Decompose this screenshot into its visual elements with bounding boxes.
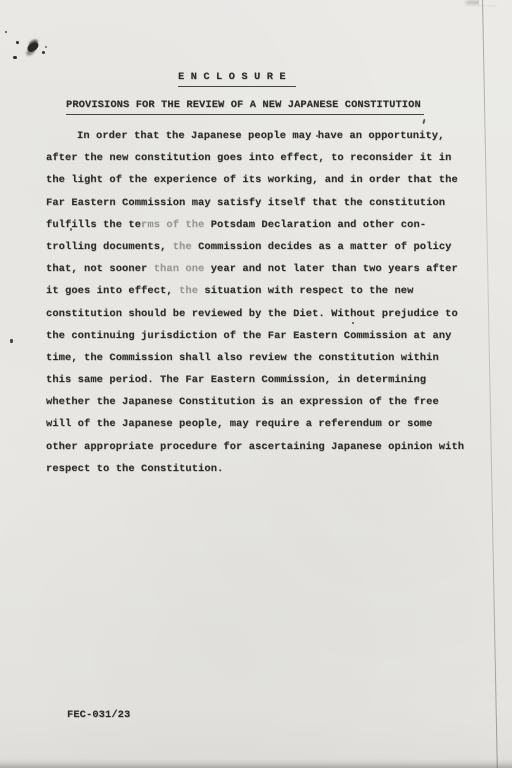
body-text-faded: than one xyxy=(154,263,205,275)
ink-blot xyxy=(0,0,70,45)
body-text: year and not later than two years after xyxy=(204,263,457,275)
body-line: this same period. The Far Eastern Commis… xyxy=(46,369,486,391)
scanned-document-page: E N C L O S U R E PROVISIONS FOR THE REV… xyxy=(0,0,512,768)
body-text: other appropriate procedure for ascertai… xyxy=(46,441,464,453)
body-text: constitution should be reviewed by the D… xyxy=(46,308,458,320)
body-line: after the new constitution goes into eff… xyxy=(46,147,486,169)
body-line: will of the Japanese people, may require… xyxy=(46,413,486,435)
body-line: fulfills the terms of the Potsdam Declar… xyxy=(46,214,486,236)
body-line: respect to the Constitution. xyxy=(46,458,486,480)
body-text: Commission decides as a matter of policy xyxy=(192,241,452,253)
scan-speck xyxy=(422,119,425,124)
scan-speck xyxy=(10,339,13,343)
body-line: the light of the experience of its worki… xyxy=(46,169,486,191)
body-text: Potsdam Declaration and other con- xyxy=(204,219,426,231)
body-line: trolling documents, the Commission decid… xyxy=(46,236,486,258)
body-text: time, the Commission shall also review t… xyxy=(46,352,439,364)
body-text: fulfills the te xyxy=(46,219,141,231)
body-line: whether the Japanese Constitution is an … xyxy=(46,391,486,413)
body-text-faded: the xyxy=(173,241,192,253)
body-line: it goes into effect, the situation with … xyxy=(46,280,486,302)
footer-reference: FEC-031/23 xyxy=(67,709,130,721)
ink-blot-dot xyxy=(5,31,7,33)
body-text-faded: rms of the xyxy=(141,219,204,231)
body-text: respect to the Constitution. xyxy=(46,463,223,475)
body-text: the light of the experience of its worki… xyxy=(46,174,458,186)
body-line: the continuing jurisdiction of the Far E… xyxy=(46,325,486,347)
bottom-edge-shadow xyxy=(0,759,512,768)
body-text: trolling documents, xyxy=(46,241,173,253)
body-text: that, not sooner xyxy=(46,263,154,275)
body-text: will of the Japanese people, may require… xyxy=(46,418,432,430)
body-text: In order that the Japanese people may ha… xyxy=(77,130,444,142)
body-line: Far Eastern Commission may satisfy itsel… xyxy=(46,192,486,214)
ink-blot-dot xyxy=(16,41,19,44)
body-line: constitution should be reviewed by the D… xyxy=(46,303,486,325)
body-text: situation with respect to the new xyxy=(198,285,413,297)
body-text: this same period. The Far Eastern Commis… xyxy=(46,374,426,386)
body-line: In order that the Japanese people may ha… xyxy=(46,125,486,147)
document-title: PROVISIONS FOR THE REVIEW OF A NEW JAPAN… xyxy=(66,99,424,115)
body-line: other appropriate procedure for ascertai… xyxy=(46,436,486,458)
body-text: Far Eastern Commission may satisfy itsel… xyxy=(46,197,445,209)
body-text: whether the Japanese Constitution is an … xyxy=(46,396,439,408)
ink-blot-main xyxy=(26,41,40,54)
body-line: that, not sooner than one year and not l… xyxy=(46,258,486,280)
corner-mark xyxy=(479,0,512,5)
body-text: after the new constitution goes into eff… xyxy=(46,152,451,164)
document-body: In order that the Japanese people may ha… xyxy=(46,125,486,480)
ink-blot-dot xyxy=(45,46,47,48)
body-text: the continuing jurisdiction of the Far E… xyxy=(46,330,451,342)
ink-blot-dot xyxy=(42,51,45,54)
enclosure-heading: E N C L O S U R E xyxy=(178,71,296,87)
body-line: time, the Commission shall also review t… xyxy=(46,347,486,369)
ink-blot-dot xyxy=(13,56,17,59)
body-text: it goes into effect, xyxy=(46,285,179,297)
body-text-faded: the xyxy=(179,285,198,297)
